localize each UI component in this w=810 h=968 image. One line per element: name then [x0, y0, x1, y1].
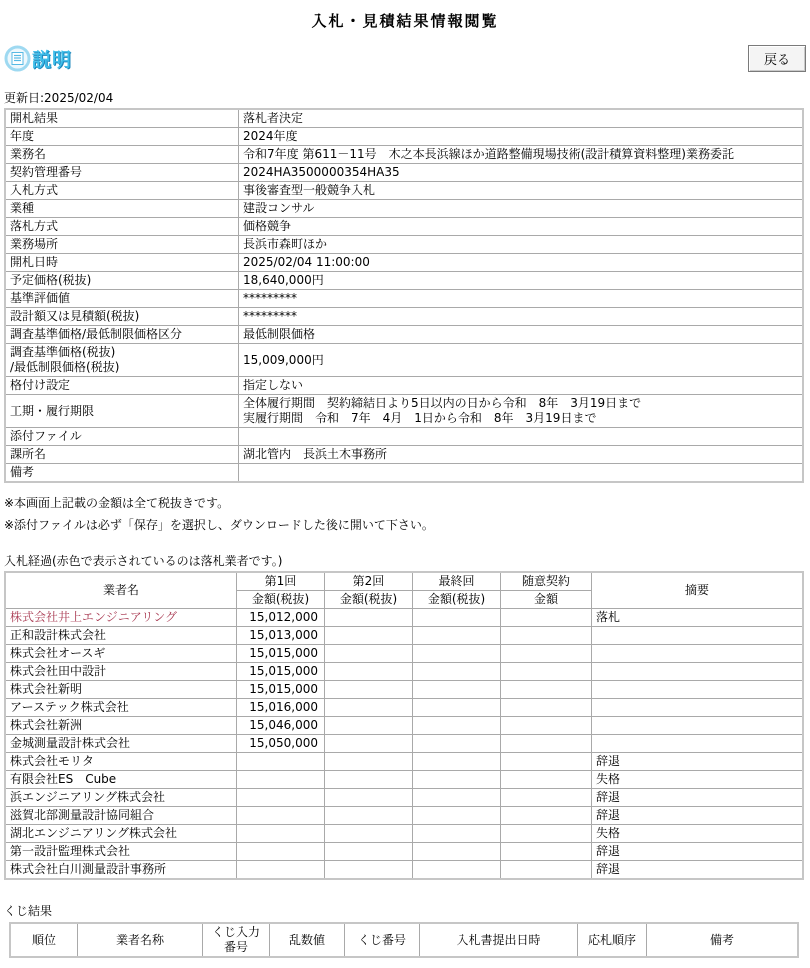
bid-round1-amount: 15,015,000 — [237, 663, 325, 681]
bid-round1-amount: 15,015,000 — [237, 645, 325, 663]
detail-row: 落札方式価格競争 — [5, 218, 803, 236]
bidder-name: 湖北エンジニアリング株式会社 — [5, 825, 237, 843]
detail-label: 調査基準価格/最低制限価格区分 — [5, 326, 239, 344]
detail-value: ********* — [239, 290, 804, 308]
col-final-amount: 金額(税抜) — [413, 591, 501, 609]
kuji-table: 順位 業者名称 くじ入力番号 乱数値 くじ番号 入札書提出日時 応札順序 備考 — [9, 922, 799, 958]
detail-value — [239, 464, 804, 483]
detail-row: 備考 — [5, 464, 803, 483]
detail-value — [239, 428, 804, 446]
bid-round1-amount — [237, 843, 325, 861]
detail-value: 全体履行期間 契約締結日より5日以内の日から令和 8年 3月19日まで 実履行期… — [239, 395, 804, 428]
col-submitted-at: 入札書提出日時 — [420, 923, 578, 957]
bid-negotiated-amount — [501, 645, 592, 663]
bid-final-amount — [413, 717, 501, 735]
bidder-name: 株式会社新洲 — [5, 717, 237, 735]
bid-round2-amount — [325, 627, 413, 645]
detail-label: 入札方式 — [5, 182, 239, 200]
bidder-name: 第一設計監理株式会社 — [5, 843, 237, 861]
bid-row: 正和設計株式会社15,013,000 — [5, 627, 803, 645]
bid-negotiated-amount — [501, 771, 592, 789]
bid-round2-amount — [325, 771, 413, 789]
bid-round1-amount: 15,015,000 — [237, 681, 325, 699]
detail-value: 事後審査型一般競争入札 — [239, 182, 804, 200]
bid-round2-amount — [325, 681, 413, 699]
bid-round2-amount — [325, 789, 413, 807]
bid-note — [592, 627, 804, 645]
bid-note: 辞退 — [592, 753, 804, 771]
bid-row: 浜エンジニアリング株式会社辞退 — [5, 789, 803, 807]
bid-negotiated-amount — [501, 663, 592, 681]
bid-round1-amount — [237, 789, 325, 807]
bidder-name: 株式会社井上エンジニアリング — [5, 609, 237, 627]
detail-label: 課所名 — [5, 446, 239, 464]
note-tax: ※本画面上記載の金額は全て税抜きです。 — [4, 493, 806, 515]
detail-value: 湖北管内 長浜土木事務所 — [239, 446, 804, 464]
bid-round2-amount — [325, 843, 413, 861]
detail-value: 2024HA3500000354HA35 — [239, 164, 804, 182]
bidder-name: 株式会社モリタ — [5, 753, 237, 771]
bidder-name: 有限会社ES Cube — [5, 771, 237, 789]
bid-note: 失格 — [592, 771, 804, 789]
col-entry-no: くじ入力番号 — [203, 923, 270, 957]
page-title: 入札・見積結果情報閲覧 — [4, 10, 806, 31]
bid-round1-amount — [237, 771, 325, 789]
bid-note: 失格 — [592, 825, 804, 843]
detail-row: 開札日時2025/02/04 11:00:00 — [5, 254, 803, 272]
col-round1-amount: 金額(税抜) — [237, 591, 325, 609]
detail-row: 業務名令和7年度 第611－11号 木之本長浜線ほか道路整備現場技術(設計積算資… — [5, 146, 803, 164]
bid-row: アーステック株式会社15,016,000 — [5, 699, 803, 717]
col-rank: 順位 — [10, 923, 78, 957]
bid-round1-amount — [237, 807, 325, 825]
bid-final-amount — [413, 771, 501, 789]
col-note: 摘要 — [592, 572, 804, 609]
detail-value: 長浜市森町ほか — [239, 236, 804, 254]
bid-header-row-1: 業者名 第1回 第2回 最終回 随意契約 摘要 — [5, 572, 803, 591]
bid-negotiated-amount — [501, 717, 592, 735]
bidder-name: 滋賀北部測量設計協同組合 — [5, 807, 237, 825]
bid-round2-amount — [325, 735, 413, 753]
bid-final-amount — [413, 663, 501, 681]
detail-row: 契約管理番号2024HA3500000354HA35 — [5, 164, 803, 182]
bid-note: 辞退 — [592, 861, 804, 880]
detail-row: 工期・履行期限全体履行期間 契約締結日より5日以内の日から令和 8年 3月19日… — [5, 395, 803, 428]
bid-round1-amount: 15,013,000 — [237, 627, 325, 645]
bid-note — [592, 699, 804, 717]
bid-row: 有限会社ES Cube失格 — [5, 771, 803, 789]
document-icon — [4, 45, 31, 72]
bid-note — [592, 681, 804, 699]
detail-label: 備考 — [5, 464, 239, 483]
detail-value: 15,009,000円 — [239, 344, 804, 377]
bid-note: 辞退 — [592, 843, 804, 861]
bid-round2-amount — [325, 645, 413, 663]
bid-row: 第一設計監理株式会社辞退 — [5, 843, 803, 861]
bid-round2-amount — [325, 699, 413, 717]
col-vendor: 業者名 — [5, 572, 237, 609]
detail-row: 課所名湖北管内 長浜土木事務所 — [5, 446, 803, 464]
detail-label: 調査基準価格(税抜) /最低制限価格(税抜) — [5, 344, 239, 377]
detail-row: 予定価格(税抜)18,640,000円 — [5, 272, 803, 290]
bid-note — [592, 735, 804, 753]
detail-label: 契約管理番号 — [5, 164, 239, 182]
bid-row: 株式会社井上エンジニアリング15,012,000落札 — [5, 609, 803, 627]
bid-round2-amount — [325, 609, 413, 627]
col-kuji-vendor: 業者名称 — [78, 923, 203, 957]
bid-final-amount — [413, 609, 501, 627]
detail-label: 業務場所 — [5, 236, 239, 254]
bid-round1-amount: 15,012,000 — [237, 609, 325, 627]
bid-negotiated-amount — [501, 843, 592, 861]
bidder-name: 株式会社白川測量設計事務所 — [5, 861, 237, 880]
bid-negotiated-amount — [501, 825, 592, 843]
detail-value: 2024年度 — [239, 128, 804, 146]
detail-value: ********* — [239, 308, 804, 326]
bid-final-amount — [413, 753, 501, 771]
detail-label: 開札結果 — [5, 109, 239, 128]
bid-final-amount — [413, 699, 501, 717]
bid-round1-amount: 15,046,000 — [237, 717, 325, 735]
detail-row: 業種建設コンサル — [5, 200, 803, 218]
bid-round2-amount — [325, 753, 413, 771]
detail-row: 入札方式事後審査型一般競争入札 — [5, 182, 803, 200]
col-round2: 第2回 — [325, 572, 413, 591]
kuji-header-row: 順位 業者名称 くじ入力番号 乱数値 くじ番号 入札書提出日時 応札順序 備考 — [10, 923, 798, 957]
bid-row: 株式会社新洲15,046,000 — [5, 717, 803, 735]
bid-negotiated-amount — [501, 699, 592, 717]
bidder-name: 株式会社オースギ — [5, 645, 237, 663]
bid-history-caption: 入札経過(赤色で表示されているのは落札業者です。) — [4, 552, 806, 569]
detail-label: 業務名 — [5, 146, 239, 164]
detail-row: 添付ファイル — [5, 428, 803, 446]
bidder-name: 株式会社新明 — [5, 681, 237, 699]
bid-negotiated-amount — [501, 789, 592, 807]
detail-row: 格付け設定指定しない — [5, 377, 803, 395]
detail-value: 指定しない — [239, 377, 804, 395]
bid-negotiated-amount — [501, 681, 592, 699]
bid-negotiated-amount — [501, 627, 592, 645]
bid-note — [592, 645, 804, 663]
bid-round2-amount — [325, 807, 413, 825]
bid-round1-amount — [237, 825, 325, 843]
detail-label: 落札方式 — [5, 218, 239, 236]
detail-row: 設計額又は見積額(税抜)********* — [5, 308, 803, 326]
detail-value: 落札者決定 — [239, 109, 804, 128]
bid-row: 金城測量設計株式会社15,050,000 — [5, 735, 803, 753]
detail-row: 基準評価値********* — [5, 290, 803, 308]
col-round2-amount: 金額(税抜) — [325, 591, 413, 609]
bid-round2-amount — [325, 717, 413, 735]
col-random-value: 乱数値 — [270, 923, 345, 957]
page: 入札・見積結果情報閲覧 説明 戻る 更新日:2025/02/04 開札結果落札者… — [4, 0, 806, 968]
bid-round2-amount — [325, 663, 413, 681]
detail-label: 年度 — [5, 128, 239, 146]
col-negotiated-amount: 金額 — [501, 591, 592, 609]
col-round1: 第1回 — [237, 572, 325, 591]
detail-value: 18,640,000円 — [239, 272, 804, 290]
bid-row: 湖北エンジニアリング株式会社失格 — [5, 825, 803, 843]
detail-value: 価格競争 — [239, 218, 804, 236]
detail-row: 業務場所長浜市森町ほか — [5, 236, 803, 254]
detail-row: 調査基準価格/最低制限価格区分最低制限価格 — [5, 326, 803, 344]
bid-note: 辞退 — [592, 789, 804, 807]
note-attachment: ※添付ファイルは必ず「保存」を選択し、ダウンロードした後に開いて下さい。 — [4, 515, 806, 537]
update-date: 更新日:2025/02/04 — [4, 89, 806, 106]
detail-row: 調査基準価格(税抜) /最低制限価格(税抜)15,009,000円 — [5, 344, 803, 377]
bid-final-amount — [413, 645, 501, 663]
bid-negotiated-amount — [501, 609, 592, 627]
detail-value: 最低制限価格 — [239, 326, 804, 344]
bid-round2-amount — [325, 861, 413, 880]
col-bid-order: 応札順序 — [578, 923, 647, 957]
bid-final-amount — [413, 789, 501, 807]
explain-button-label: 説明 — [32, 45, 72, 72]
detail-value: 2025/02/04 11:00:00 — [239, 254, 804, 272]
bid-round2-amount — [325, 825, 413, 843]
bid-negotiated-amount — [501, 861, 592, 880]
explain-button[interactable]: 説明 — [4, 45, 72, 72]
detail-label: 工期・履行期限 — [5, 395, 239, 428]
bid-negotiated-amount — [501, 753, 592, 771]
bid-note: 落札 — [592, 609, 804, 627]
bid-round1-amount: 15,016,000 — [237, 699, 325, 717]
bid-final-amount — [413, 735, 501, 753]
detail-label: 業種 — [5, 200, 239, 218]
bidder-name: アーステック株式会社 — [5, 699, 237, 717]
bidder-name: 金城測量設計株式会社 — [5, 735, 237, 753]
bid-final-amount — [413, 681, 501, 699]
bidder-name: 株式会社田中設計 — [5, 663, 237, 681]
bid-note — [592, 717, 804, 735]
bid-note — [592, 663, 804, 681]
detail-label: 開札日時 — [5, 254, 239, 272]
header-bar: 説明 戻る — [4, 43, 806, 73]
col-kuji-no: くじ番号 — [345, 923, 420, 957]
col-final: 最終回 — [413, 572, 501, 591]
detail-label: 添付ファイル — [5, 428, 239, 446]
bid-round1-amount — [237, 861, 325, 880]
bid-row: 株式会社白川測量設計事務所辞退 — [5, 861, 803, 880]
bid-final-amount — [413, 843, 501, 861]
bid-final-amount — [413, 627, 501, 645]
kuji-caption: くじ結果 — [4, 902, 806, 919]
bid-negotiated-amount — [501, 807, 592, 825]
bid-final-amount — [413, 861, 501, 880]
bid-note: 辞退 — [592, 807, 804, 825]
bid-row: 株式会社オースギ15,015,000 — [5, 645, 803, 663]
bid-history-table: 業者名 第1回 第2回 最終回 随意契約 摘要 金額(税抜) 金額(税抜) 金額… — [4, 571, 804, 880]
notes: ※本画面上記載の金額は全て税抜きです。 ※添付ファイルは必ず「保存」を選択し、ダ… — [4, 493, 806, 536]
back-button[interactable]: 戻る — [748, 45, 806, 72]
detail-row: 開札結果落札者決定 — [5, 109, 803, 128]
bid-row: 滋賀北部測量設計協同組合辞退 — [5, 807, 803, 825]
detail-table: 開札結果落札者決定年度2024年度業務名令和7年度 第611－11号 木之本長浜… — [4, 108, 804, 483]
detail-value: 令和7年度 第611－11号 木之本長浜線ほか道路整備現場技術(設計積算資料整理… — [239, 146, 804, 164]
detail-label: 格付け設定 — [5, 377, 239, 395]
bid-final-amount — [413, 807, 501, 825]
detail-label: 設計額又は見積額(税抜) — [5, 308, 239, 326]
bid-round1-amount — [237, 753, 325, 771]
detail-row: 年度2024年度 — [5, 128, 803, 146]
bid-round1-amount: 15,050,000 — [237, 735, 325, 753]
bidder-name: 浜エンジニアリング株式会社 — [5, 789, 237, 807]
col-remarks: 備考 — [647, 923, 799, 957]
bidder-name: 正和設計株式会社 — [5, 627, 237, 645]
bid-row: 株式会社新明15,015,000 — [5, 681, 803, 699]
bid-row: 株式会社モリタ辞退 — [5, 753, 803, 771]
detail-label: 基準評価値 — [5, 290, 239, 308]
bid-final-amount — [413, 825, 501, 843]
detail-value: 建設コンサル — [239, 200, 804, 218]
col-negotiated: 随意契約 — [501, 572, 592, 591]
bid-row: 株式会社田中設計15,015,000 — [5, 663, 803, 681]
detail-label: 予定価格(税抜) — [5, 272, 239, 290]
bid-negotiated-amount — [501, 735, 592, 753]
